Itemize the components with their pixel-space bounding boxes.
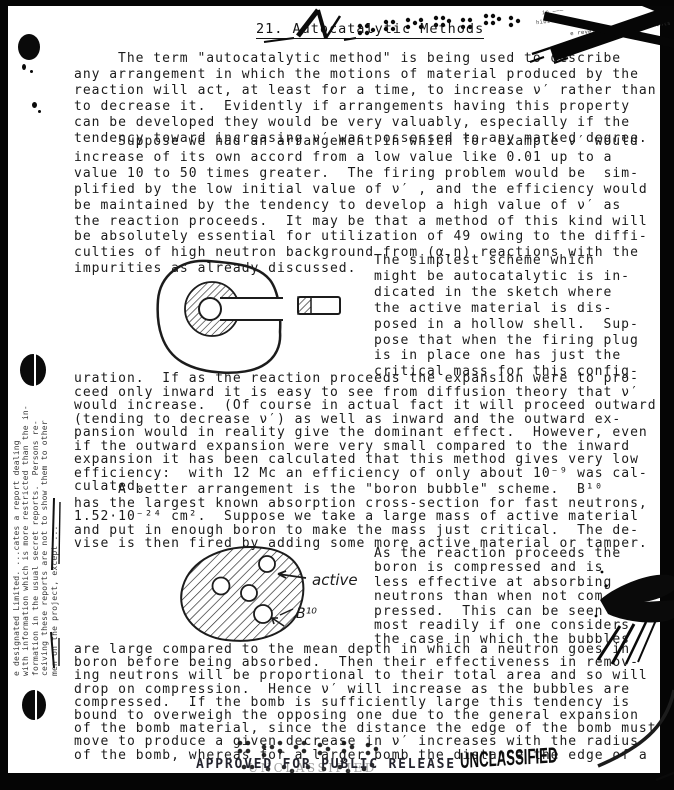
- text-line: ing neutrons will be proportional to the…: [74, 669, 657, 682]
- top-pen-marks-and-dots: [260, 6, 525, 52]
- punch-hole-slit: [35, 690, 37, 720]
- text-line: the active material is dis-: [374, 301, 639, 317]
- ink-speck: [32, 102, 37, 108]
- bottom-right-pen-swoosh: [556, 684, 674, 790]
- text-line: would increase. (Of course in actual fac…: [74, 399, 657, 413]
- text-line: plified by the low initial value of ν′ ,…: [74, 182, 648, 198]
- text-line: The simplest scheme which: [374, 253, 639, 269]
- margin-strike-marks: [46, 492, 72, 672]
- text-line: posed in a hollow shell. Sup-: [374, 317, 639, 333]
- text-line: A better arrangement is the "boron bubbl…: [74, 483, 648, 497]
- ink-speck: [22, 64, 26, 70]
- punch-hole-mark: [20, 354, 46, 386]
- paragraph-simplest-scheme: The simplest scheme whichmight be autoca…: [374, 253, 639, 380]
- text-line: Suppose we had an arrangement in which f…: [74, 134, 648, 150]
- boron-bubble-figure: active B¹⁰: [166, 542, 376, 646]
- text-line: ceed only inward it is easy to see from …: [74, 386, 657, 400]
- paragraph-boron-bubble: A better arrangement is the "boron bubbl…: [74, 483, 648, 551]
- right-ink-scribble: [586, 556, 674, 668]
- text-line: be absolutely essential for utilization …: [74, 229, 648, 245]
- text-line: to decrease it. Evidently if arrangement…: [74, 99, 657, 115]
- shell-slot: [212, 298, 284, 320]
- text-line: reaction will act, at least for a time, …: [74, 83, 657, 99]
- bubble: [213, 578, 230, 595]
- approved-release-line: APPROVED FOR PUBLIC RELEASE: [196, 757, 456, 772]
- text-line: pansion would in reality give the domina…: [74, 426, 657, 440]
- text-line: formation in the usual secret reports. P…: [31, 442, 40, 676]
- scanned-document-canvas: 21. Autocatalytic Methods The term "auto…: [0, 0, 674, 790]
- text-line: is in place one has just the: [374, 348, 639, 364]
- text-line: and put in enough boron to make the mass…: [74, 524, 648, 538]
- shell-center-hole: [199, 298, 221, 320]
- active-label: active: [312, 571, 358, 589]
- text-line: 1.52·10⁻²⁴ cm². Suppose we take a large …: [74, 510, 648, 524]
- text-line: be maintained by the tendency to develop…: [74, 198, 648, 214]
- bubble: [254, 605, 272, 623]
- punch-hole-mark: [18, 34, 40, 60]
- text-line: pose that when the firing plug: [374, 333, 639, 349]
- document-page: 21. Autocatalytic Methods The term "auto…: [8, 6, 660, 773]
- text-line: efficiency: with 12 Mc an efficiency of …: [74, 467, 657, 481]
- text-line: value 10 to 50 times greater. The firing…: [74, 166, 648, 182]
- text-line: e designated Limited. ...cates a report …: [12, 442, 21, 676]
- bubble: [259, 556, 275, 572]
- punch-hole-mark: [22, 690, 46, 720]
- text-line: dicated in the sketch where: [374, 285, 639, 301]
- ink-speck: [38, 110, 41, 113]
- text-line: uration. If as the reaction proceeds the…: [74, 372, 657, 386]
- text-line: (tending to decrease ν′) as well as inwa…: [74, 413, 657, 427]
- unclassified-stamp: UNCLASSIFIED: [460, 742, 558, 774]
- b10-label: B¹⁰: [296, 606, 317, 622]
- punch-hole-slit: [34, 354, 36, 386]
- firing-plug-hatched-end: [298, 297, 311, 314]
- text-line: the reaction proceeds. It may be that a …: [74, 214, 648, 230]
- text-line: any arrangement in which the motions of …: [74, 67, 657, 83]
- text-line: has the largest known absorption cross-s…: [74, 497, 648, 511]
- text-line: expansion it has been calculated that th…: [74, 453, 657, 467]
- text-line: increase of its own accord from a low va…: [74, 150, 648, 166]
- ink-speck: [30, 70, 33, 73]
- bubble: [241, 585, 257, 601]
- text-line: with information which is more restricte…: [21, 442, 30, 676]
- hollow-shell-figure: [146, 252, 351, 380]
- text-line: if the outward expansion were very small…: [74, 440, 657, 454]
- redaction-cross-strokes: [524, 6, 674, 66]
- paragraph-uration-continuation: uration. If as the reaction proceeds the…: [74, 372, 657, 494]
- text-line: can be developed they would be very valu…: [74, 115, 657, 131]
- text-line: might be autocatalytic is in-: [374, 269, 639, 285]
- punch-dot-cluster: [358, 14, 520, 35]
- top-right-security-stamp: in ——— hibited —— e revelation of its co…: [524, 6, 674, 66]
